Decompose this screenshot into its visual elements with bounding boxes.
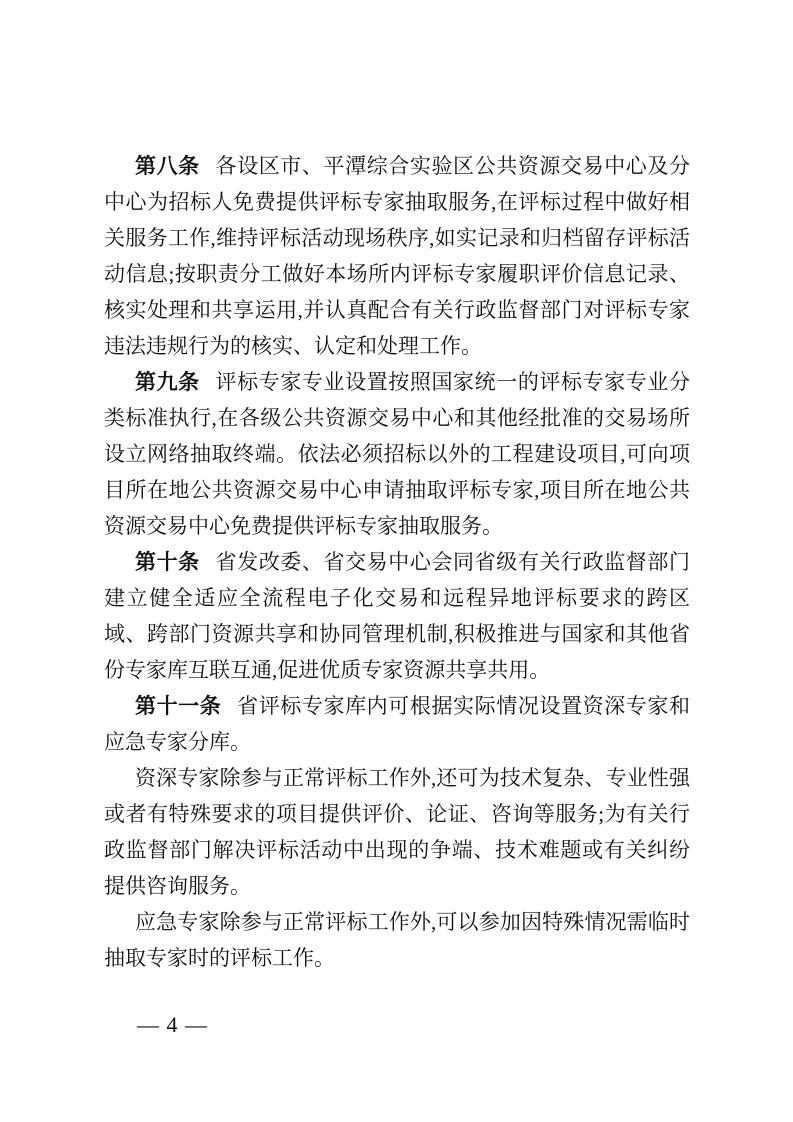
article-number-label: 第十条 [135,550,200,574]
paragraph: 应急专家除参与正常评标工作外,可以参加因特殊情况需临时抽取专家时的评标工作。 [104,904,690,976]
page-footer: — 4 — [137,1011,208,1039]
paragraph-text: 应急专家除参与正常评标工作外,可以参加因特殊情况需临时抽取专家时的评标工作。 [104,910,690,970]
page-number: — 4 — [137,1012,208,1037]
paragraph-text: 各设区市、平潭综合实验区公共资源交易中心及分中心为招标人免费提供评标专家抽取服务… [104,154,690,358]
paragraph: 第十一条省评标专家库内可根据实际情况设置资深专家和应急专家分库。 [104,688,690,760]
paragraph-text: 评标专家专业设置按照国家统一的评标专家专业分类标准执行,在各级公共资源交易中心和… [104,370,690,538]
paragraph-text: 资深专家除参与正常评标工作外,还可为技术复杂、专业性强或者有特殊要求的项目提供评… [104,766,690,898]
paragraph: 第八条各设区市、平潭综合实验区公共资源交易中心及分中心为招标人免费提供评标专家抽… [104,148,690,364]
article-number-label: 第九条 [135,370,200,394]
article-number-label: 第十一条 [135,694,221,718]
paragraph: 第十条省发改委、省交易中心会同省级有关行政监督部门建立健全适应全流程电子化交易和… [104,544,690,688]
paragraph: 资深专家除参与正常评标工作外,还可为技术复杂、专业性强或者有特殊要求的项目提供评… [104,760,690,904]
paragraph: 第九条评标专家专业设置按照国家统一的评标专家专业分类标准执行,在各级公共资源交易… [104,364,690,544]
document-body: 第八条各设区市、平潭综合实验区公共资源交易中心及分中心为招标人免费提供评标专家抽… [104,148,690,976]
document-page: 第八条各设区市、平潭综合实验区公共资源交易中心及分中心为招标人免费提供评标专家抽… [0,0,793,1122]
article-number-label: 第八条 [135,154,200,178]
